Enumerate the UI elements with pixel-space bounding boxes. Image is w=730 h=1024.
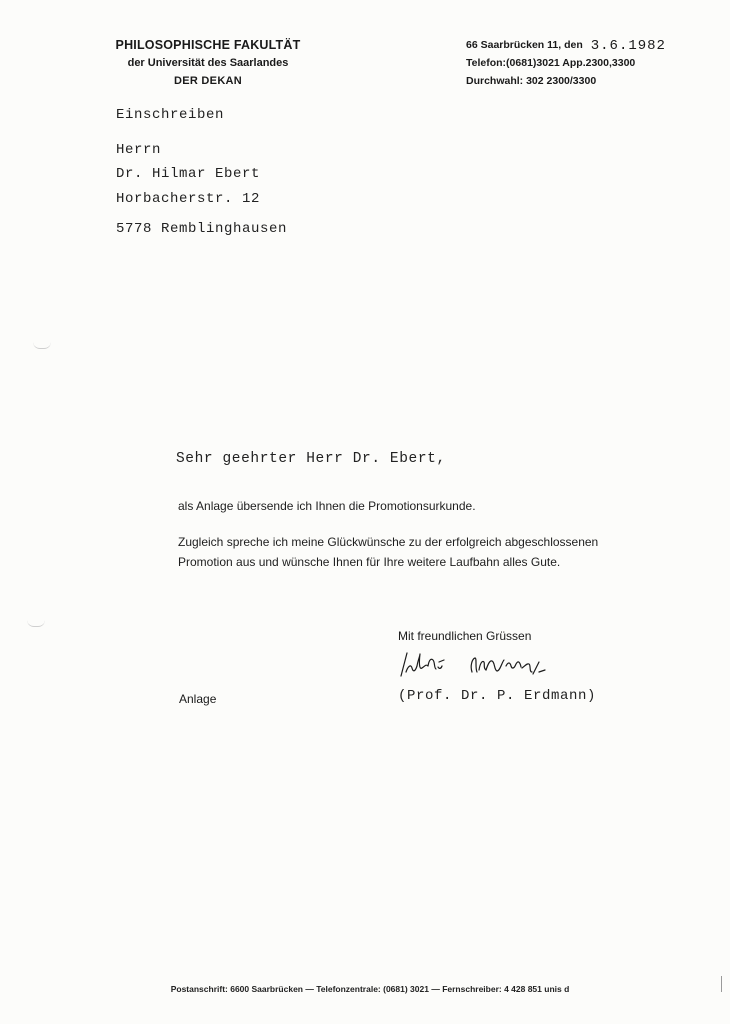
recipient-street: Horbacherstr. 12: [116, 187, 260, 212]
spacer: [116, 128, 260, 138]
paragraph-1: als Anlage übersende ich Ihnen die Promo…: [178, 496, 476, 516]
recipient-salutation: Herrn: [116, 138, 260, 163]
postal-footer: Postanschrift: 6600 Saarbrücken — Telefo…: [0, 984, 730, 994]
punch-mark: [27, 620, 45, 627]
university-name: der Universität des Saarlandes: [98, 54, 318, 72]
faculty-name: PHILOSOPHISCHE FAKULTÄT: [98, 36, 318, 54]
delivery-type: Einschreiben: [116, 103, 260, 128]
recipient-city: 5778 Remblinghausen: [116, 221, 287, 237]
paragraph-2-line-2: Promotion aus und wünsche Ihnen für Ihre…: [178, 552, 598, 572]
recipient-name: Dr. Hilmar Ebert: [116, 162, 260, 187]
letter-date: 3.6.1982: [591, 38, 666, 54]
recipient-address: Einschreiben Herrn Dr. Hilmar Ebert Horb…: [116, 103, 260, 211]
paragraph-1-text: als Anlage übersende ich Ihnen die Promo…: [178, 499, 476, 513]
paragraph-2-line-1: Zugleich spreche ich meine Glückwünsche …: [178, 532, 598, 552]
letter-salutation: Sehr geehrter Herr Dr. Ebert,: [176, 451, 446, 467]
signer-name: (Prof. Dr. P. Erdmann): [398, 688, 596, 704]
enclosure-note: Anlage: [179, 692, 216, 706]
signature-icon: [398, 646, 598, 682]
scan-edge-mark: [721, 976, 722, 992]
place-date-line: 66 Saarbrücken 11, den3.6.1982: [466, 36, 706, 54]
letter-page: PHILOSOPHISCHE FAKULTÄT der Universität …: [0, 0, 730, 1024]
closing-phrase: Mit freundlichen Grüssen: [398, 629, 531, 643]
direct-line: Durchwahl: 302 2300/3300: [466, 72, 706, 90]
telephone-line: Telefon:(0681)3021 App.2300,3300: [466, 54, 706, 72]
letterhead-contact: 66 Saarbrücken 11, den3.6.1982 Telefon:(…: [466, 36, 706, 90]
punch-mark: [33, 342, 51, 349]
paragraph-2: Zugleich spreche ich meine Glückwünsche …: [178, 532, 598, 572]
place-prefix: 66 Saarbrücken 11, den: [466, 39, 583, 51]
letterhead-institution: PHILOSOPHISCHE FAKULTÄT der Universität …: [98, 36, 318, 90]
dean-office: DER DEKAN: [98, 72, 318, 90]
